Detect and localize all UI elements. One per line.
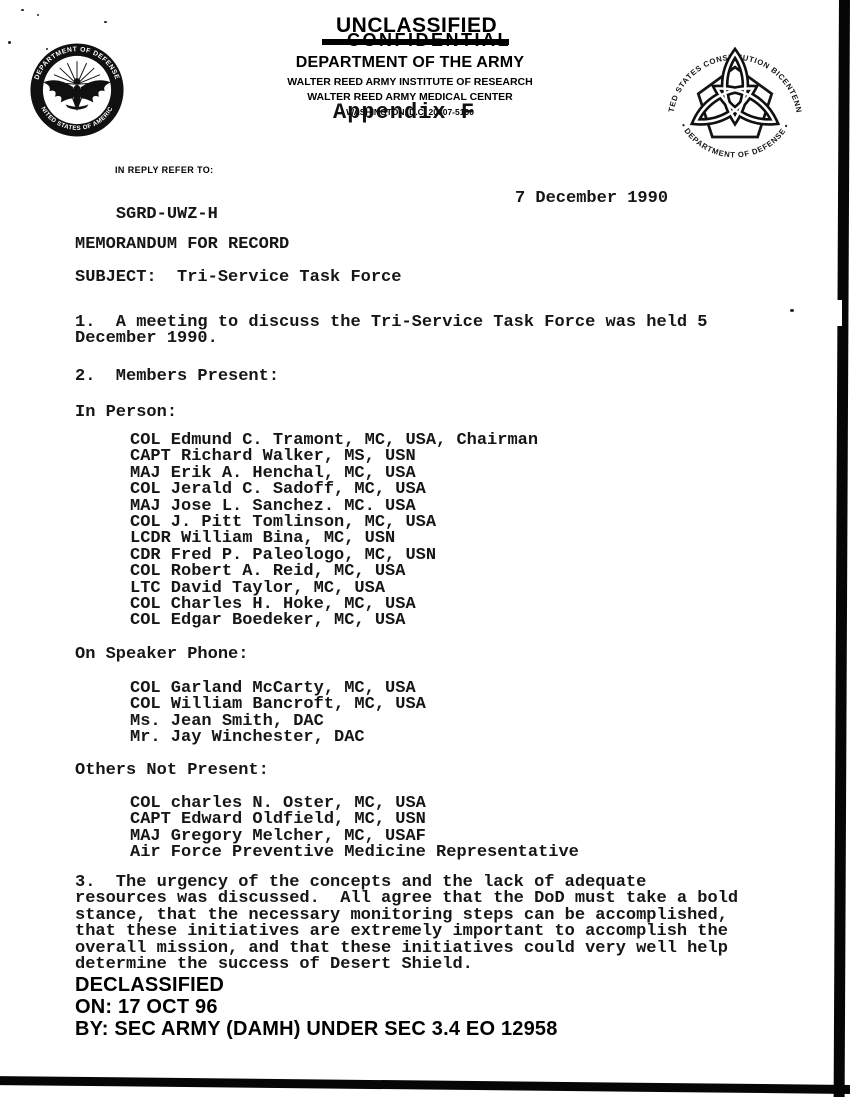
declassified-stamp-line: DECLASSIFIED (75, 974, 558, 996)
scan-edge-gap (836, 300, 842, 326)
scanned-memo-page: DEPARTMENT OF DEFENSE UNITED STATES OF A… (0, 0, 850, 1097)
office-symbol: SGRD-UWZ-H (116, 205, 218, 224)
declassified-stamp-line: ON: 17 OCT 96 (75, 996, 558, 1018)
members-speaker-phone-list: COL Garland McCarty, MC, USACOL William … (130, 681, 426, 747)
department-of-defense-seal: DEPARTMENT OF DEFENSE UNITED STATES OF A… (29, 42, 125, 138)
paragraph-1: 1. A meeting to discuss the Tri-Service … (75, 315, 708, 348)
scan-speck (790, 309, 794, 312)
classification-stamp: UNCLASSIFIED (334, 14, 499, 42)
declassified-stamp: DECLASSIFIED ON: 17 OCT 96 BY: SEC ARMY … (75, 974, 558, 1040)
list-item: Air Force Preventive Medicine Representa… (130, 845, 579, 861)
scan-speck (21, 9, 24, 11)
paragraph-2-heading: 2. Members Present: (75, 369, 279, 385)
constitution-bicentennial-seal: UNITED STATES CONSTITUTION BICENTENNIAL … (666, 34, 804, 172)
svg-text:UNITED STATES CONSTITUTION BIC: UNITED STATES CONSTITUTION BICENTENNIAL (666, 34, 803, 114)
letterhead-org: DEPARTMENT OF THE ARMY (260, 54, 560, 72)
scan-speck (37, 14, 39, 16)
appendix-label: Appendix F (333, 105, 475, 121)
memo-date: 7 December 1990 (515, 191, 668, 207)
speaker-phone-label: On Speaker Phone: (75, 647, 248, 663)
seal-top-text: UNITED STATES CONSTITUTION BICENTENNIAL (666, 34, 803, 114)
list-item: COL Edgar Boedeker, MC, USA (130, 613, 538, 629)
paragraph-3: 3. The urgency of the concepts and the l… (75, 875, 738, 973)
members-not-present-list: COL charles N. Oster, MC, USACAPT Edward… (130, 796, 579, 862)
list-item: Mr. Jay Winchester, DAC (130, 730, 426, 746)
scan-speck (8, 41, 11, 44)
scan-speck (104, 21, 107, 23)
declassified-stamp-line: BY: SEC ARMY (DAMH) UNDER SEC 3.4 EO 129… (75, 1018, 558, 1040)
reply-refer-note: IN REPLY REFER TO: (115, 165, 214, 175)
members-in-person-list: COL Edmund C. Tramont, MC, USA, Chairman… (130, 433, 538, 630)
memo-subject: SUBJECT: Tri-Service Task Force (75, 270, 401, 286)
others-not-present-label: Others Not Present: (75, 763, 269, 779)
letterhead-institute: WALTER REED ARMY INSTITUTE OF RESEARCH (260, 76, 560, 88)
list-item: determine the success of Desert Shield. (75, 957, 738, 973)
scan-edge-bar-bottom (0, 1076, 850, 1094)
scan-edge-bar-right (834, 0, 850, 1097)
in-person-label: In Person: (75, 405, 177, 421)
list-item: December 1990. (75, 331, 708, 347)
memo-title: MEMORANDUM FOR RECORD (75, 237, 289, 253)
